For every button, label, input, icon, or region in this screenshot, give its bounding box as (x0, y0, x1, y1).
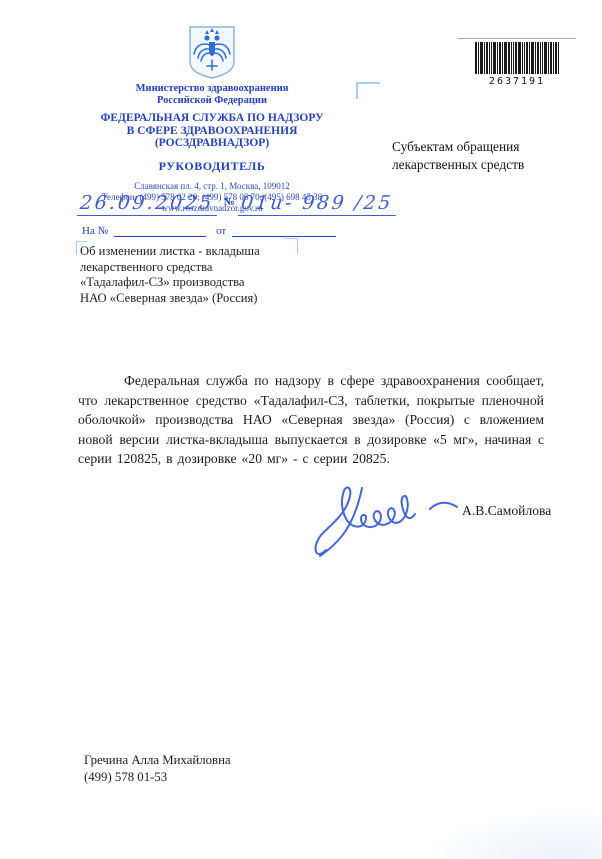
recipient-line2: лекарственных средств (392, 156, 562, 174)
number-sign: № (224, 196, 235, 208)
coat-of-arms-icon (187, 24, 237, 80)
reply-from-label: от (216, 225, 226, 237)
agency-name: ФЕДЕРАЛЬНАЯ СЛУЖБА ПО НАДЗОРУ В СФЕРЕ ЗД… (64, 112, 360, 150)
subject-line: «Тадалафил-СЗ» производства (80, 275, 310, 291)
outgoing-date-handwritten: 26.09.2025 (77, 192, 219, 216)
ministry-line2: Российской Федерации (64, 95, 360, 107)
recipient-block: Субъектам обращения лекарственных средст… (392, 138, 562, 173)
agency-line1: ФЕДЕРАЛЬНАЯ СЛУЖБА ПО НАДЗОРУ (64, 112, 360, 125)
letterhead: Министерство здравоохранения Российской … (64, 24, 360, 214)
subject-block: Об изменении листка - вкладыша лекарстве… (80, 244, 310, 306)
contact-block: Гречина Алла Михайловна (499) 578 01-53 (84, 752, 231, 786)
recipient-line1: Субъектам обращения (392, 138, 562, 156)
agency-line3: (РОСЗДРАВНАДЗОР) (64, 137, 360, 150)
address-line: Славянская пл. 4, стр. 1, Москва, 109012 (64, 181, 360, 192)
signer-name: А.В.Самойлова (462, 503, 551, 519)
recipient-corner-mark (356, 82, 380, 99)
handwritten-signature (312, 468, 472, 563)
reply-number-blank (114, 224, 206, 237)
reply-label: На № (82, 225, 108, 237)
outgoing-number-handwritten: 01и- 989 /25 (238, 192, 398, 216)
subject-line: Об изменении листка - вкладыша (80, 244, 310, 260)
scan-artifact (422, 809, 602, 859)
barcode-number: 2637191 (458, 76, 576, 87)
barcode-icon (475, 42, 559, 74)
body-paragraph: Федеральная служба по надзору в сфере зд… (78, 371, 544, 469)
subject-line: НАО «Северная звезда» (Россия) (80, 291, 310, 307)
contact-name: Гречина Алла Михайловна (84, 752, 231, 769)
reply-date-blank (232, 224, 336, 237)
ministry-name: Министерство здравоохранения Российской … (64, 83, 360, 106)
agency-line2: В СФЕРЕ ЗДРАВООХРАНЕНИЯ (64, 125, 360, 138)
ministry-line1: Министерство здравоохранения (64, 83, 360, 95)
reference-line: 26.09.2025№01и- 989 /25 (78, 192, 397, 216)
barcode-block: 2637191 (458, 38, 576, 87)
reply-reference-line: На №от (82, 224, 336, 237)
position-title: РУКОВОДИТЕЛЬ (64, 159, 360, 174)
document-page: Министерство здравоохранения Российской … (0, 0, 602, 859)
contact-phone: (499) 578 01-53 (84, 769, 231, 786)
subject-line: лекарственного средства (80, 260, 310, 276)
